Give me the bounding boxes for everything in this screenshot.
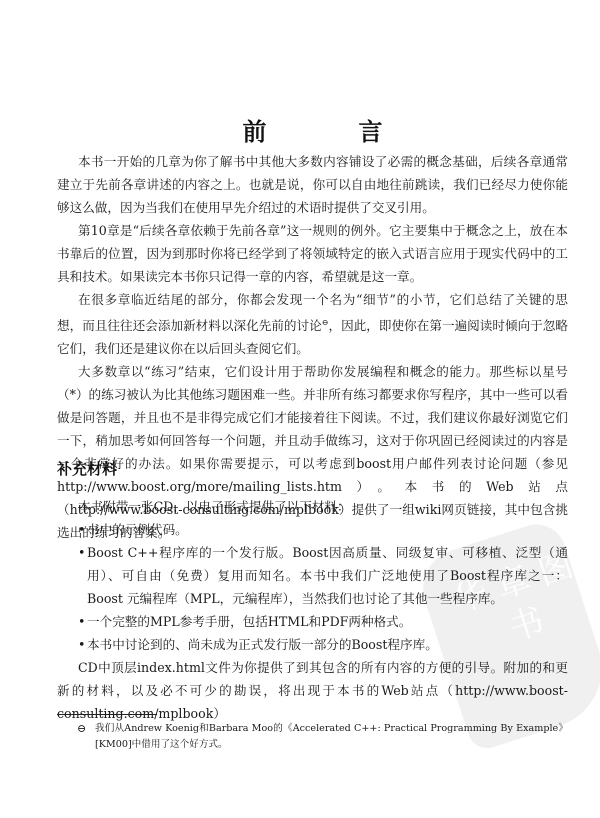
- list-item: •Boost C++程序库的一个发行版。Boost因高质量、同级复审、可移植、泛…: [57, 541, 568, 610]
- materials-list: •书中的示例代码。 •Boost C++程序库的一个发行版。Boost因高质量、…: [57, 518, 568, 656]
- section-heading-supplementary: 补充材料: [57, 458, 117, 479]
- paragraph-1: 本书一开始的几章为你了解书中其他大多数内容铺设了必需的概念基础，后续各章通常建立…: [57, 150, 568, 219]
- footnote: ⊖ 我们从Andrew Koenig和Barbara Moo的《Accelera…: [77, 721, 568, 753]
- footnote-text: 我们从Andrew Koenig和Barbara Moo的《Accelerate…: [95, 721, 568, 753]
- bullet-icon: •: [78, 541, 87, 564]
- section-intro: 本书附带一张CD，以电子形式提供了以下材料：: [57, 495, 568, 518]
- page-title: 前 言: [57, 112, 568, 147]
- bullet-icon: •: [78, 633, 87, 656]
- footnote-mark-icon: ⊖: [77, 721, 86, 737]
- bullet-icon: •: [78, 518, 87, 541]
- supplementary-body: 本书附带一张CD，以电子形式提供了以下材料： •书中的示例代码。 •Boost …: [57, 495, 568, 725]
- preface-body: 本书一开始的几章为你了解书中其他大多数内容铺设了必需的概念基础，后续各章通常建立…: [57, 150, 568, 544]
- bullet-icon: •: [78, 610, 87, 633]
- paragraph-2: 第10章是“后续各章依赖于先前各章”这一规则的例外。它主要集中于概念之上，放在本…: [57, 219, 568, 288]
- list-item: •一个完整的MPL参考手册，包括HTML和PDF两种格式。: [57, 610, 568, 633]
- paragraph-3: 在很多章临近结尾的部分，你都会发现一个名为“细节”的小节，它们总结了关键的思想，…: [57, 288, 568, 360]
- list-item: •本书中讨论到的、尚未成为正式发行版一部分的Boost程序库。: [57, 633, 568, 656]
- list-item: •书中的示例代码。: [57, 518, 568, 541]
- footnote-divider: [57, 714, 157, 715]
